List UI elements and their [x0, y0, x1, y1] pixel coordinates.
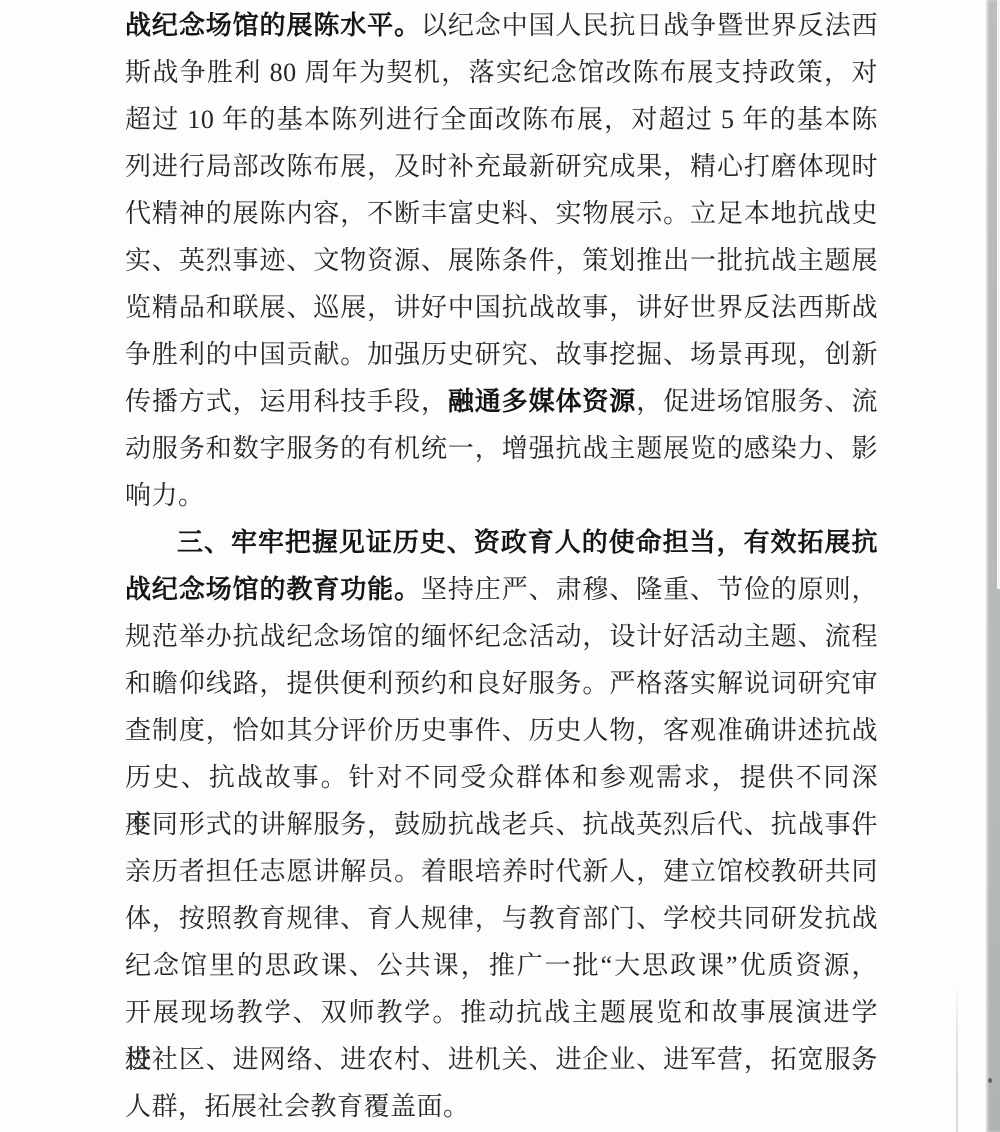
- heading-text-segment: 融通多媒体资源: [448, 386, 636, 416]
- text-line: 开展现场教学、双师教学。推动抗战主题展览和故事展演进学校、: [125, 989, 878, 1036]
- body-text-segment: 以纪念中国人民抗日战争暨世界反法西: [421, 11, 878, 40]
- text-line: 不同形式的讲解服务，鼓励抗战老兵、抗战英烈后代、抗战事件: [125, 801, 878, 848]
- body-text-segment: 列进行局部改陈布展，及时补充最新研究成果，精心打磨体现时: [125, 152, 878, 181]
- body-text-segment: 斯战争胜利 80 周年为契机，落实纪念馆改陈布展支持政策，对: [125, 58, 878, 87]
- text-line: 体，按照教育规律、育人规律，与教育部门、学校共同研发抗战: [125, 895, 878, 942]
- text-line: 亲历者担任志愿讲解员。着眼培养时代新人，建立馆校教研共同: [125, 848, 878, 895]
- text-line: 纪念馆里的思政课、公共课，推广一批“大思政课”优质资源，: [125, 942, 878, 989]
- body-text-segment: 实、英烈事迹、文物资源、展陈条件，策划推出一批抗战主题展: [125, 246, 878, 275]
- text-line: 览精品和联展、巡展，讲好中国抗战故事，讲好世界反法西斯战: [125, 284, 878, 331]
- text-line: 代精神的展陈内容，不断丰富史料、实物展示。立足本地抗战史: [125, 190, 878, 237]
- body-text-segment: 体，按照教育规律、育人规律，与教育部门、学校共同研发抗战: [125, 904, 878, 933]
- text-line: 规范举办抗战纪念场馆的缅怀纪念活动，设计好活动主题、流程: [125, 613, 878, 660]
- body-text-segment: 和瞻仰线路，提供便利预约和良好服务。严格落实解说词研究审: [125, 669, 878, 698]
- text-line: 动服务和数字服务的有机统一，增强抗战主题展览的感染力、影: [125, 425, 878, 472]
- text-line: 战纪念场馆的展陈水平。以纪念中国人民抗日战争暨世界反法西: [125, 2, 878, 49]
- body-text-segment: 争胜利的中国贡献。加强历史研究、故事挖掘、场景再现，创新: [125, 340, 878, 369]
- body-text-segment: 查制度，恰如其分评价历史事件、历史人物，客观准确讲述抗战: [125, 716, 878, 745]
- text-line: 和瞻仰线路，提供便利预约和良好服务。严格落实解说词研究审: [125, 660, 878, 707]
- page-edge-shadow: [986, 0, 1000, 1132]
- body-text-segment: 响力。: [125, 481, 205, 510]
- body-text-segment: 超过 10 年的基本陈列进行全面改陈布展，对超过 5 年的基本陈: [125, 105, 878, 134]
- body-text-segment: 纪念馆里的思政课、公共课，推广一批“大思政课”优质资源，: [125, 951, 878, 980]
- body-text-segment: 规范举办抗战纪念场馆的缅怀纪念活动，设计好活动主题、流程: [125, 622, 878, 651]
- body-text-segment: 人群，拓展社会教育覆盖面。: [125, 1092, 470, 1121]
- heading-text-segment: 三、牢牢把握见证历史、资政育人的使命担当，有效拓展抗: [177, 527, 878, 557]
- text-line: 斯战争胜利 80 周年为契机，落实纪念馆改陈布展支持政策，对: [125, 49, 878, 96]
- text-line: 传播方式，运用科技手段，融通多媒体资源，促进场馆服务、流: [125, 378, 878, 425]
- text-line: 三、牢牢把握见证历史、资政育人的使命担当，有效拓展抗: [125, 519, 878, 566]
- text-line: 实、英烈事迹、文物资源、展陈条件，策划推出一批抗战主题展: [125, 237, 878, 284]
- body-text-segment: 不同形式的讲解服务，鼓励抗战老兵、抗战英烈后代、抗战事件: [125, 810, 878, 839]
- body-text-segment: 代精神的展陈内容，不断丰富史料、实物展示。立足本地抗战史: [125, 199, 878, 228]
- body-text-segment: 动服务和数字服务的有机统一，增强抗战主题展览的感染力、影: [125, 434, 878, 463]
- body-text-segment: 览精品和联展、巡展，讲好中国抗战故事，讲好世界反法西斯战: [125, 293, 878, 322]
- text-line: 超过 10 年的基本陈列进行全面改陈布展，对超过 5 年的基本陈: [125, 96, 878, 143]
- body-text-segment: 坚持庄严、肃穆、隆重、节俭的原则，: [421, 575, 878, 604]
- text-line: 进社区、进网络、进农村、进机关、进企业、进军营，拓宽服务: [125, 1036, 878, 1083]
- text-line: 列进行局部改陈布展，及时补充最新研究成果，精心打磨体现时: [125, 143, 878, 190]
- text-line: 战纪念场馆的教育功能。坚持庄严、肃穆、隆重、节俭的原则，: [125, 566, 878, 613]
- scan-speck: [988, 1078, 992, 1083]
- body-text-segment: 进社区、进网络、进农村、进机关、进企业、进军营，拓宽服务: [125, 1045, 878, 1074]
- text-line: 历史、抗战故事。针对不同受众群体和参观需求，提供不同深度、: [125, 754, 878, 801]
- body-text-segment: ，促进场馆服务、流: [636, 387, 878, 416]
- text-line: 响力。: [125, 472, 878, 519]
- document-text: 战纪念场馆的展陈水平。以纪念中国人民抗日战争暨世界反法西斯战争胜利 80 周年为…: [125, 2, 878, 1130]
- scan-crease: [956, 982, 958, 1132]
- scanned-document-page: { "page": { "background_color": "#fdfdfc…: [0, 0, 1000, 1132]
- text-line: 人群，拓展社会教育覆盖面。: [125, 1083, 878, 1130]
- text-line: 争胜利的中国贡献。加强历史研究、故事挖掘、场景再现，创新: [125, 331, 878, 378]
- document-page-background: 战纪念场馆的展陈水平。以纪念中国人民抗日战争暨世界反法西斯战争胜利 80 周年为…: [0, 0, 1000, 1132]
- body-text-segment: 亲历者担任志愿讲解员。着眼培养时代新人，建立馆校教研共同: [125, 857, 878, 886]
- heading-text-segment: 战纪念场馆的教育功能。: [125, 574, 421, 604]
- heading-text-segment: 战纪念场馆的展陈水平。: [125, 10, 421, 40]
- text-line: 查制度，恰如其分评价历史事件、历史人物，客观准确讲述抗战: [125, 707, 878, 754]
- body-text-segment: 传播方式，运用科技手段，: [125, 387, 448, 416]
